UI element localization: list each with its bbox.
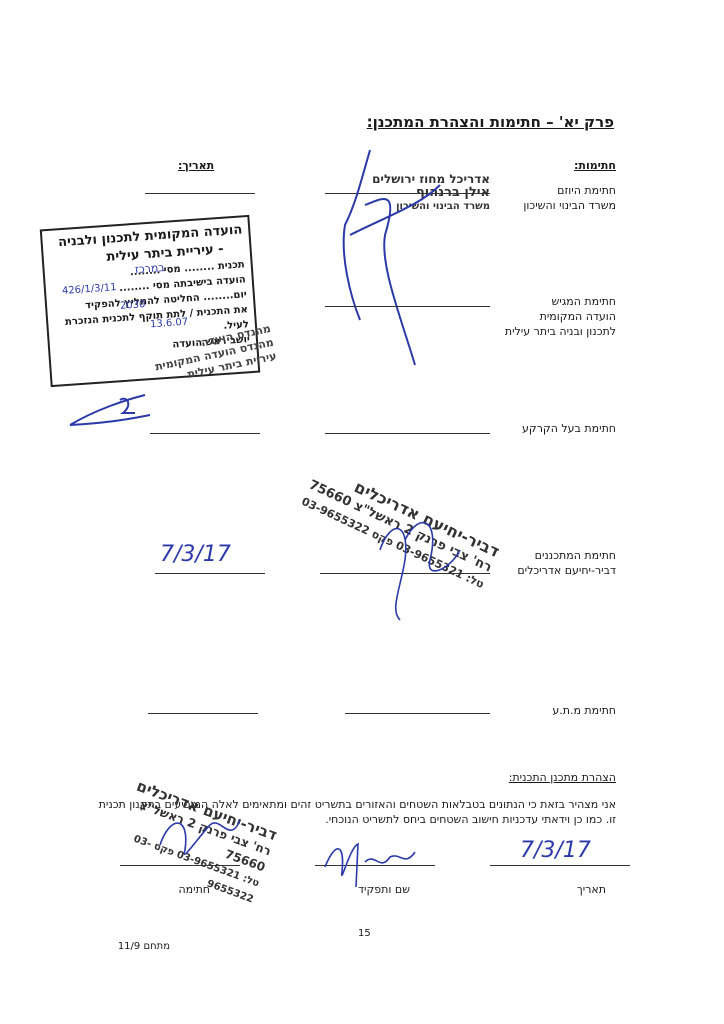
signatures-header: חתימות:: [574, 158, 616, 173]
declaration-signature-label: חתימה: [150, 882, 210, 897]
row-submitter-label: חתימת המגיש הועדה המקומית לתכנון ובניה ב…: [505, 294, 616, 339]
declaration-date-value: 7/3/17: [520, 838, 591, 863]
landowner-signature-line: [325, 433, 490, 434]
initiator-stamp: אדריכל מחוז ירושלים אילן ברנהוף משרד הבי…: [330, 172, 490, 214]
landowner-date-line: [150, 433, 260, 434]
declaration-date-line: [490, 865, 630, 866]
stamp-handwritten-plan: במרכז: [135, 261, 166, 276]
row-initiator-label: חתימת היוזם משרד הבינוי והשיכון: [523, 183, 616, 213]
section-title: פרק יא' – חתימות והצהרת המתכנן:: [367, 113, 614, 131]
initiator-date-line: [145, 193, 255, 194]
row-landowner-label: חתימת בעל הקרקע: [522, 421, 616, 436]
committee-signature: [65, 385, 155, 435]
declaration-date-label: תאריך: [577, 882, 606, 897]
date-header: תאריך:: [178, 158, 214, 173]
submitter-signature-line: [325, 306, 490, 307]
planners-date-line: [155, 573, 265, 574]
declaration-name-line: [315, 865, 435, 866]
planners-date: 7/3/17: [160, 542, 231, 567]
declaration-header: הצהרת מתכנן התכנית:: [509, 770, 616, 785]
stamp-handwritten-session: 2030: [120, 299, 146, 312]
row-planners-label: חתימת המתכננים דביר-יחיעם אדריכלים: [517, 548, 616, 578]
mta-signature-line: [345, 713, 490, 714]
row-mta-label: חתימת מ.ת.ע: [552, 703, 616, 718]
declaration-name-label: שם ותפקיד: [340, 882, 410, 897]
page-number: 15: [358, 928, 371, 939]
footer-label: מתחם 11/9: [100, 941, 170, 952]
mta-date-line: [148, 713, 258, 714]
